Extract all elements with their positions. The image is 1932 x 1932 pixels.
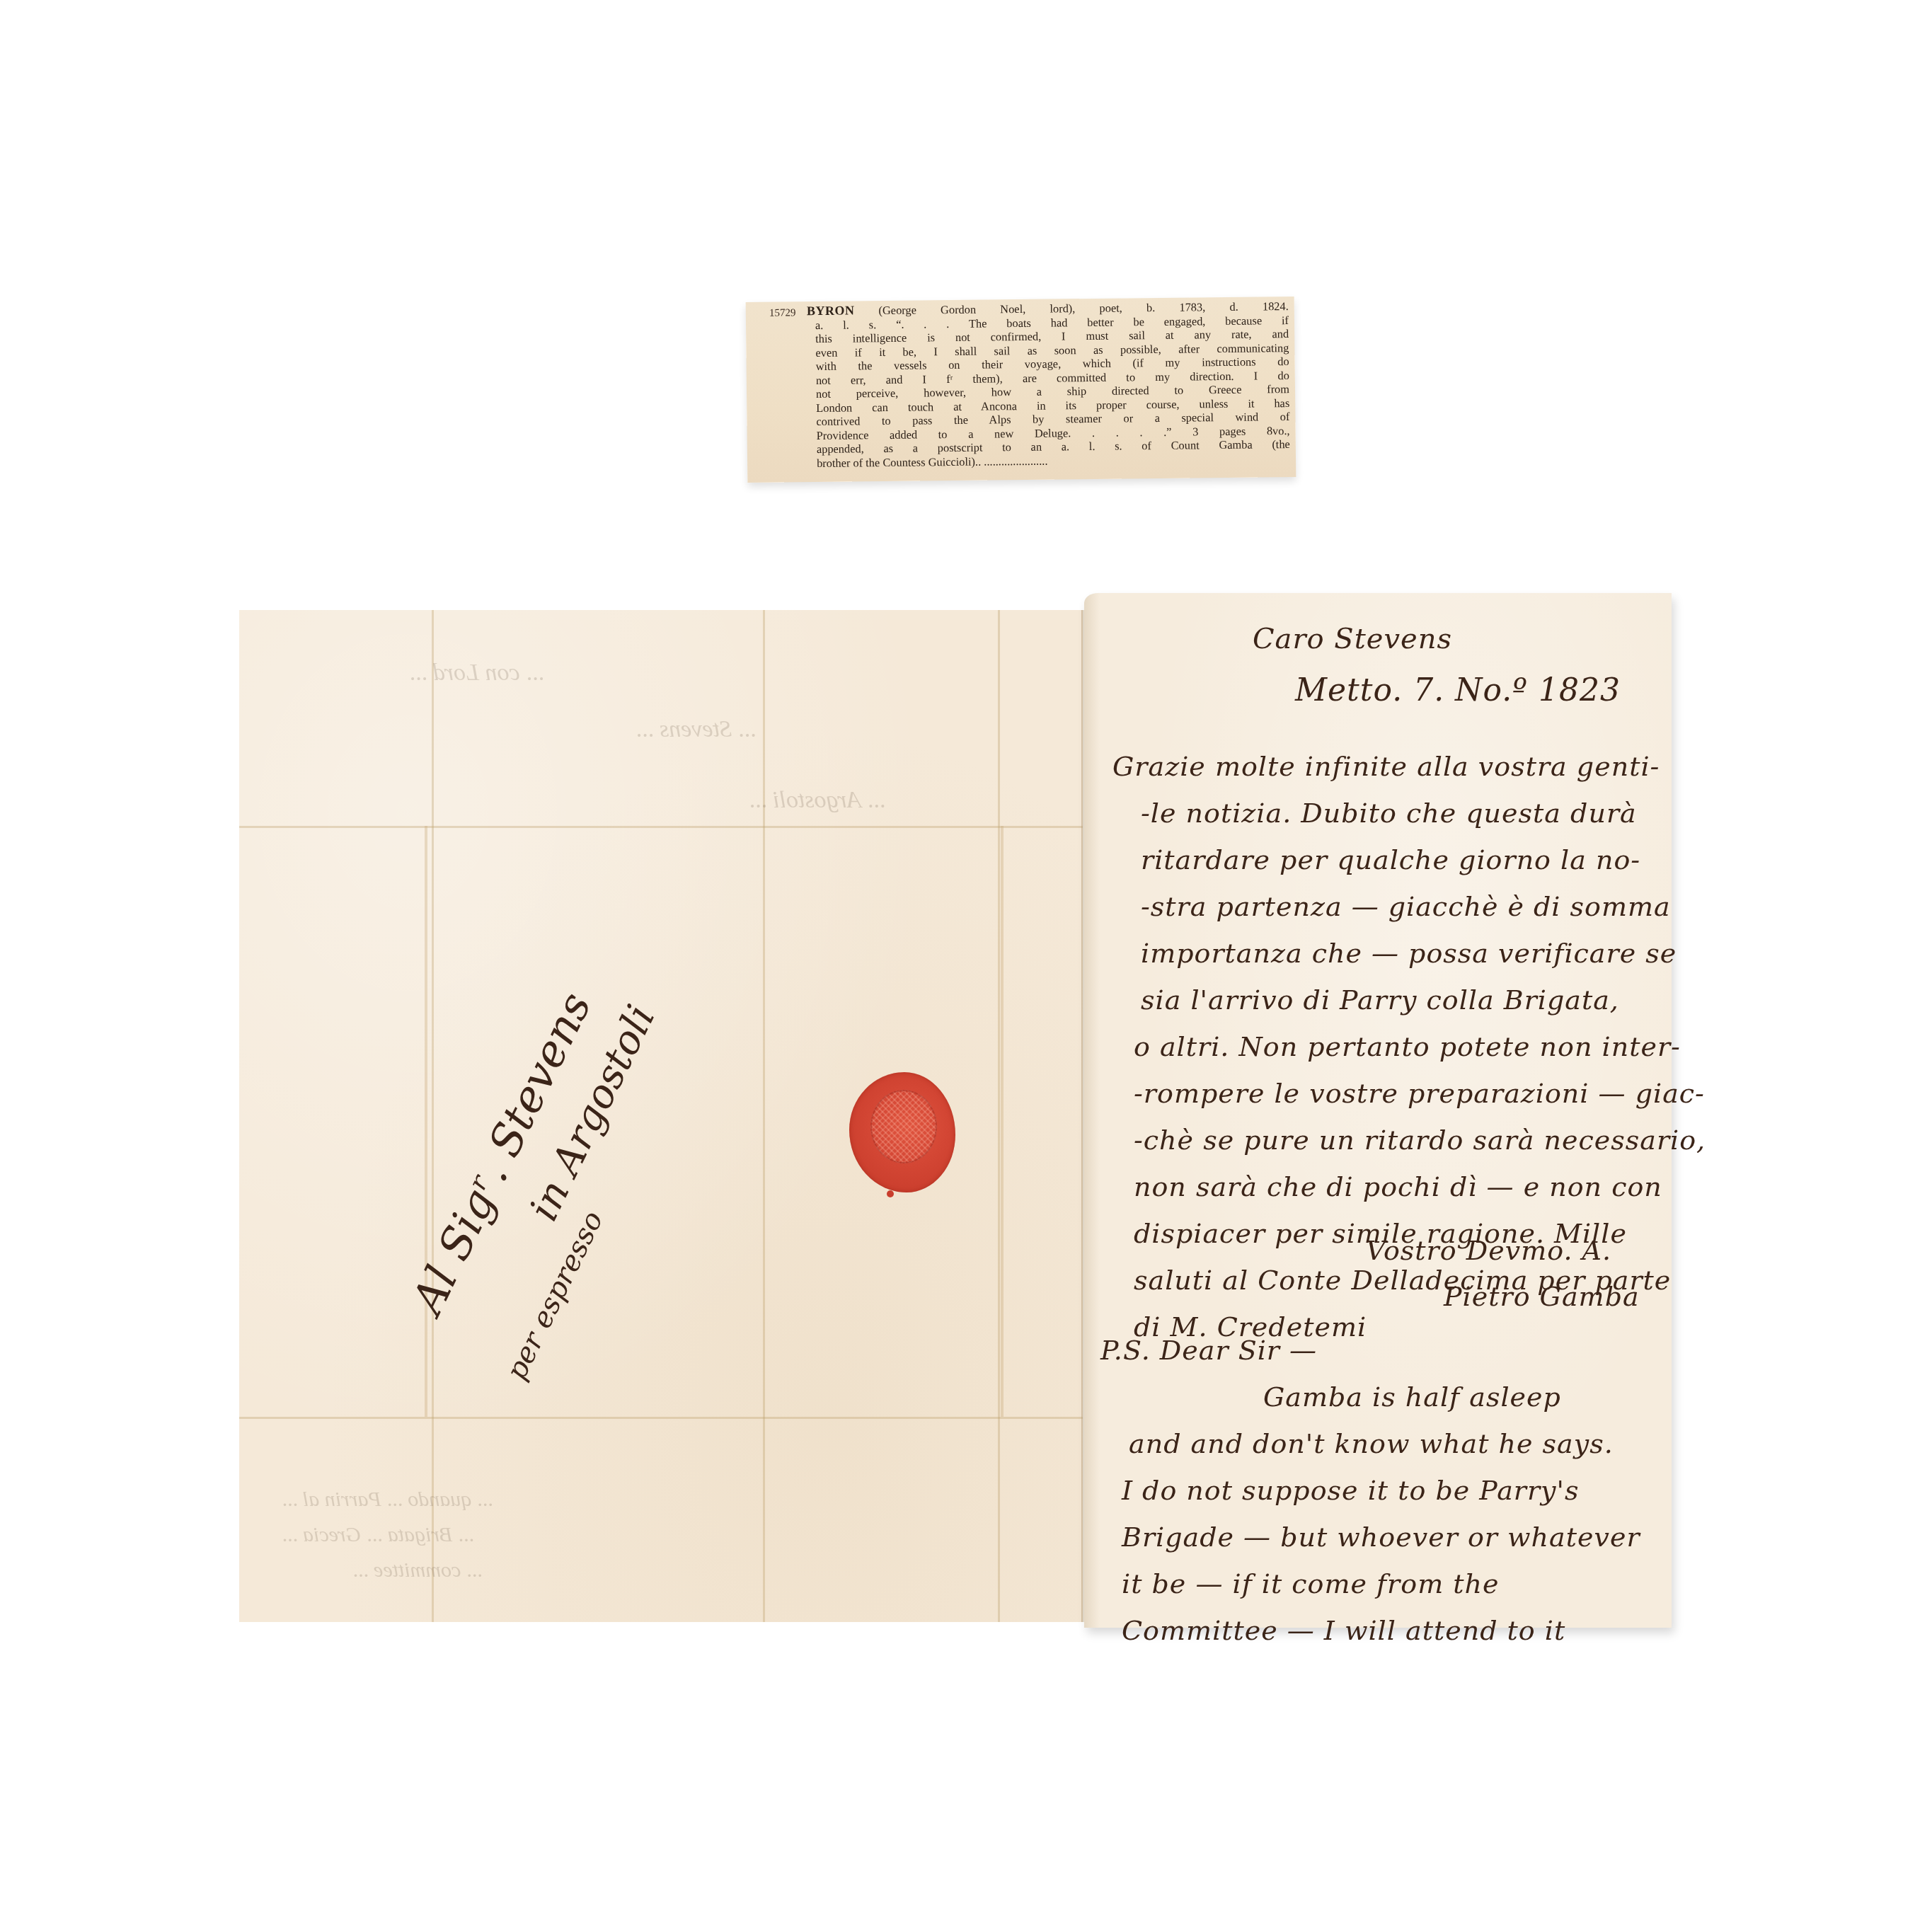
letter-line: non sarà che di pochi dì — e non con	[1112, 1163, 1706, 1210]
letter-line: sia l'arrivo di Parry colla Brigata,	[1112, 977, 1706, 1023]
bleed-through-text: ... committee ...	[352, 1558, 482, 1582]
postscript-line: I do not suppose it to be Parry's	[1100, 1467, 1640, 1514]
postscript-line: Gamba is half asleep	[1100, 1374, 1640, 1420]
postscript-line: Committee — I will attend to it	[1100, 1607, 1640, 1654]
postscript-line: it be — if it come from the	[1100, 1560, 1640, 1607]
wax-drip	[887, 1190, 894, 1197]
bleed-through-text: ... Brigata ... Grecia ...	[282, 1523, 473, 1547]
postscript-line: Brigade — but whoever or whatever	[1100, 1514, 1640, 1560]
letter-line: -chè se pure un ritardo sarà necessario,	[1112, 1117, 1706, 1163]
letter-postscript: P.S. Dear Sir — Gamba is half asleep and…	[1100, 1327, 1640, 1654]
letter-line: Grazie molte infinite alla vostra genti-	[1112, 743, 1706, 790]
letter-salutation: Caro Stevens	[1253, 623, 1452, 655]
letter-dateline: Metto. 7. No.º 1823	[1295, 672, 1621, 708]
letter-closing: Vostro Devmo. A.	[1366, 1235, 1611, 1266]
letter-line: o altri. Non pertanto potete non inter-	[1112, 1023, 1706, 1070]
letter-line: ritardare per qualche giorno la no-	[1112, 836, 1706, 883]
bleed-through-text: ... quando ... Parrin al ...	[282, 1488, 493, 1512]
letter-signature: Pietro Gamba	[1444, 1281, 1640, 1312]
seal-impression	[870, 1090, 937, 1163]
bleed-through-text: ... con Lord ...	[409, 660, 544, 686]
letter-line: -rompere le vostre preparazioni — giac-	[1112, 1070, 1706, 1117]
letter-line: -stra partenza — giacchè è di somma	[1112, 883, 1706, 930]
fold-line	[239, 1417, 1083, 1419]
manuscript-letter: ... con Lord ... ... Stevens ... ... Arg…	[0, 0, 1932, 1932]
letter-line: -le notizia. Dubito che questa durà	[1112, 790, 1706, 836]
postscript-line: and and don't know what he says.	[1100, 1420, 1640, 1467]
letter-line: importanza che — possa verificare se	[1112, 930, 1706, 977]
postscript-opening: P.S. Dear Sir —	[1100, 1327, 1640, 1374]
address-sheet: ... con Lord ... ... Stevens ... ... Arg…	[239, 610, 1083, 1622]
